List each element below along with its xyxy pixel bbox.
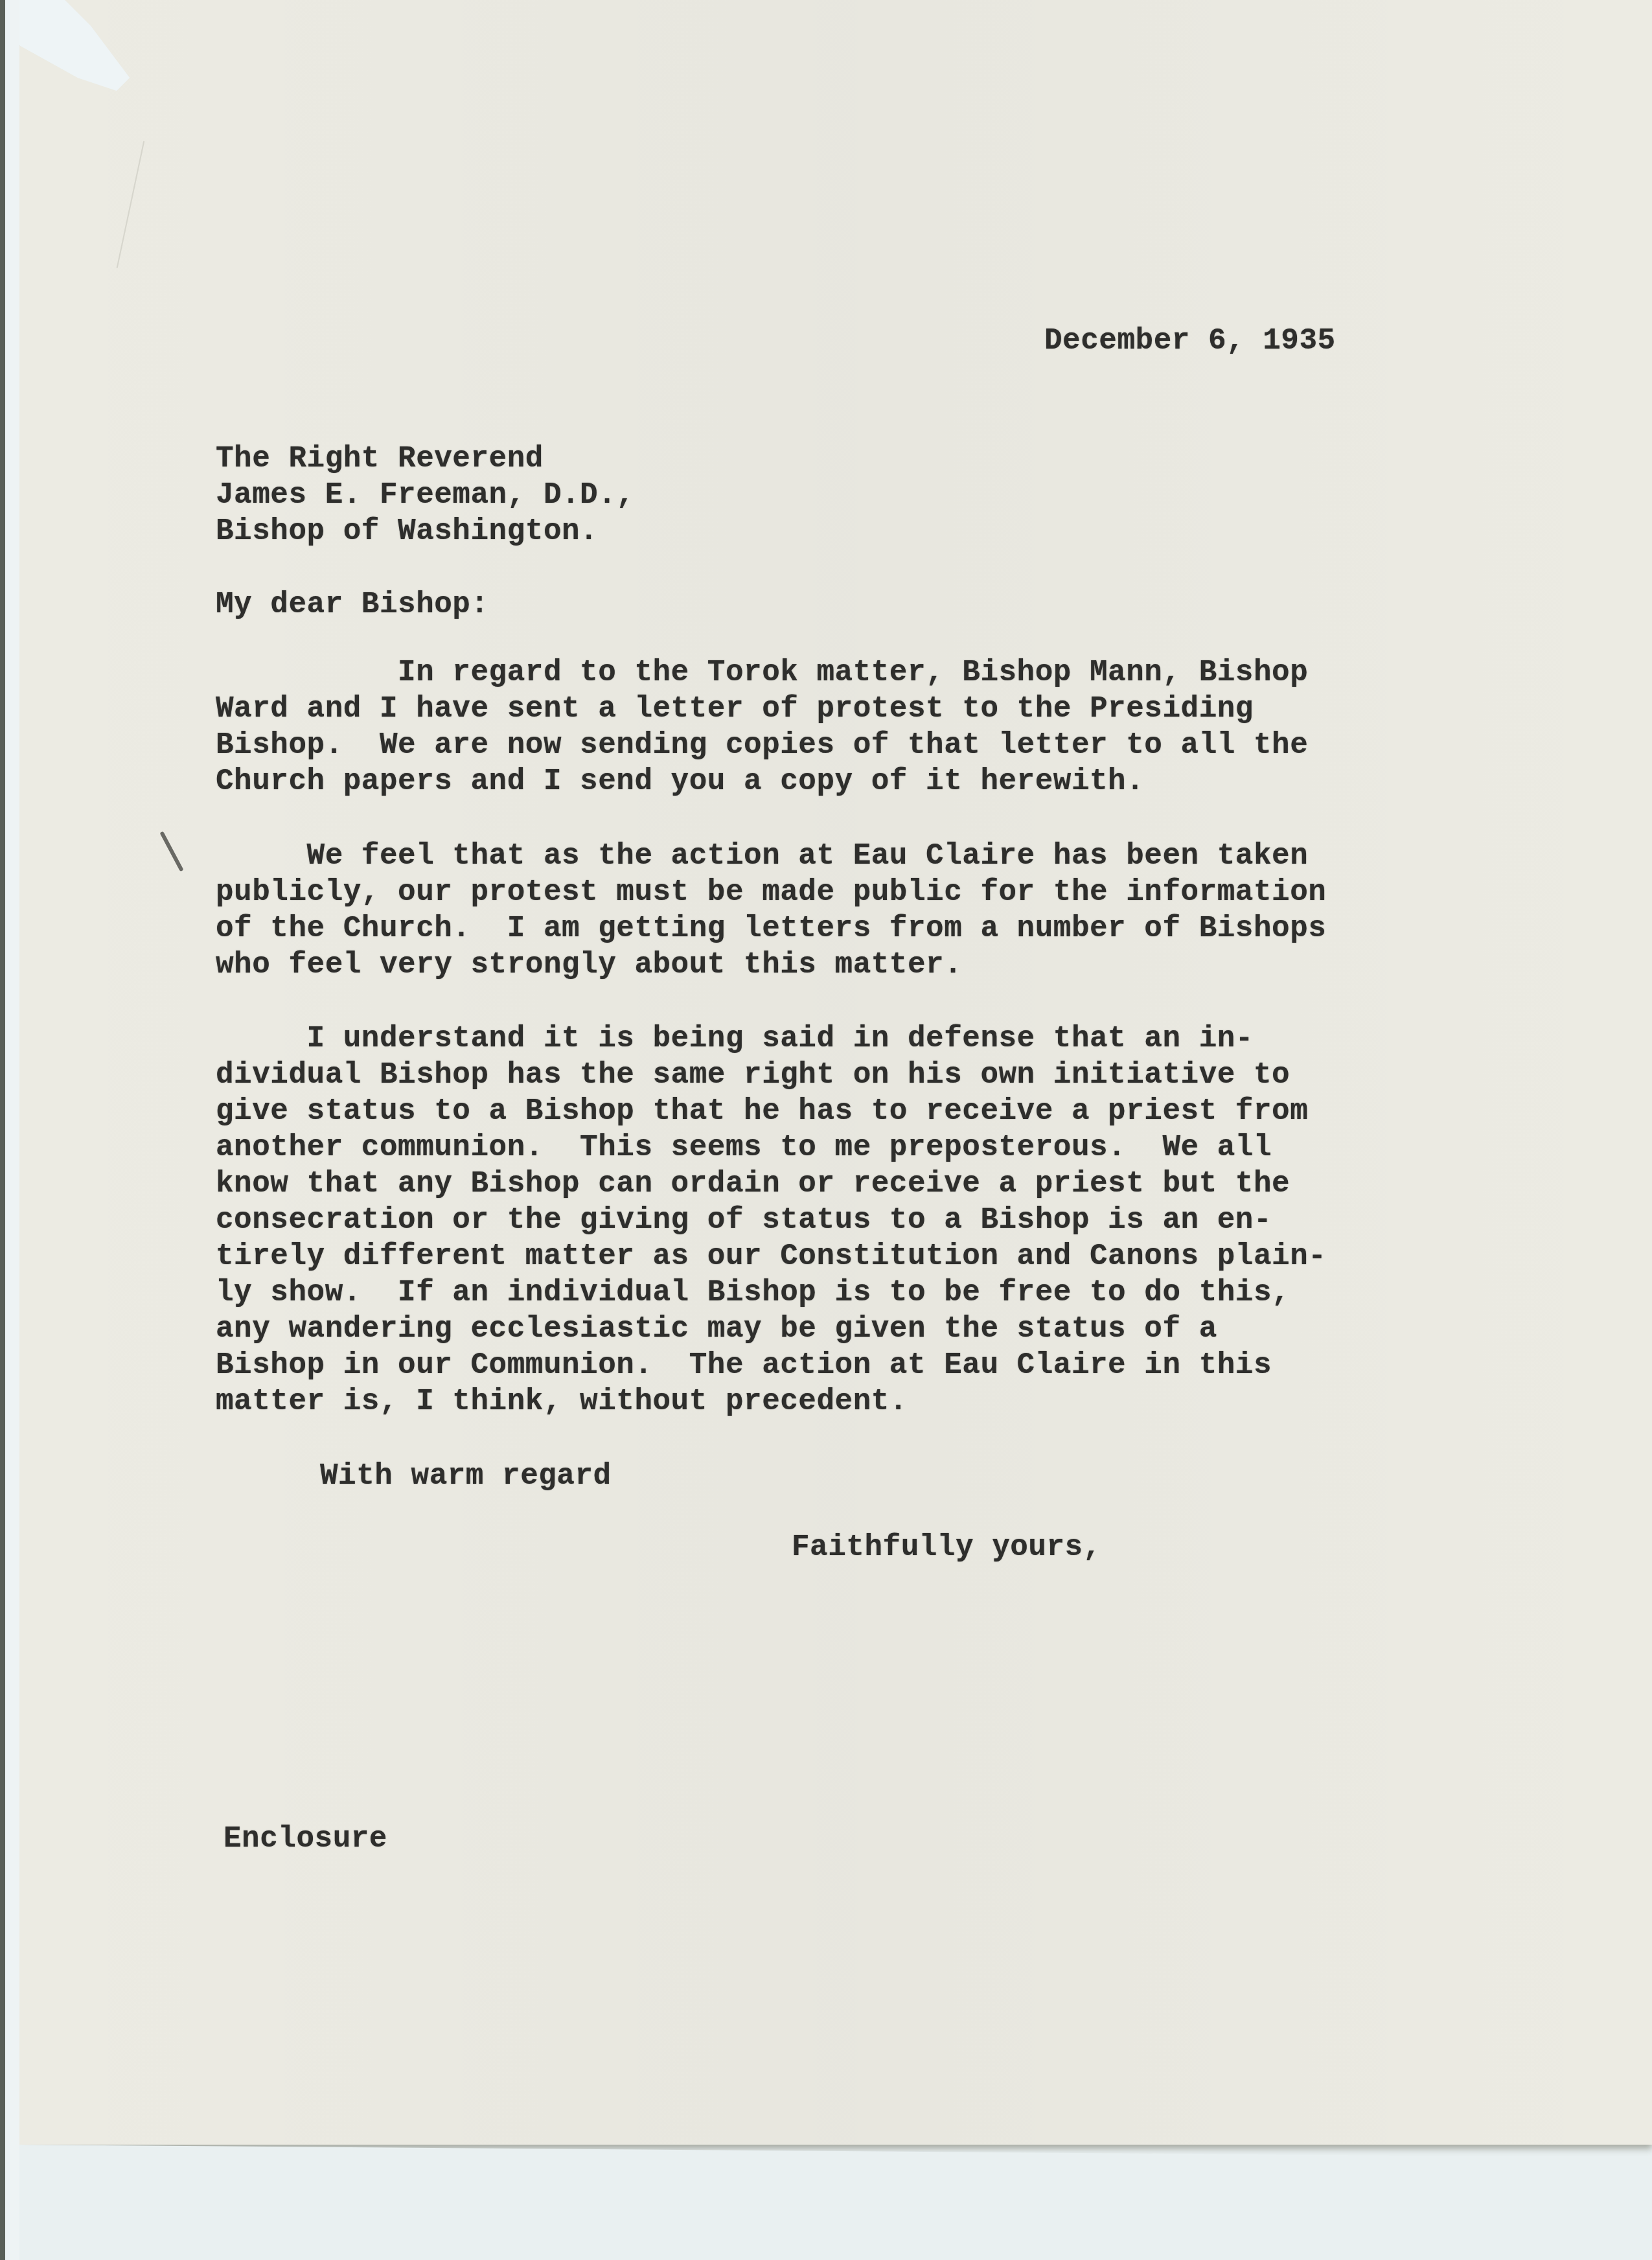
paragraph-line: another communion. This seems to me prep… [216,1131,1272,1164]
paragraph-line: Church papers and I send you a copy of i… [216,765,1144,798]
paragraph-line: Ward and I have sent a letter of protest… [216,692,1254,726]
body-paragraph-2: We feel that as the action at Eau Claire… [216,838,1447,983]
paragraph-line: who feel very strongly about this matter… [216,948,962,982]
paragraph-line: matter is, I think, without precedent. [216,1385,908,1418]
paragraph-line: We feel that as the action at Eau Claire… [216,839,1308,873]
addressee-line: Bishop of Washington. [216,514,598,548]
addressee-line: The Right Reverend [216,442,544,476]
paragraph-line: Bishop in our Communion. The action at E… [216,1348,1272,1382]
addressee-block: The Right Reverend James E. Freeman, D.D… [216,441,634,549]
paragraph-line: any wandering ecclesiastic may be given … [216,1312,1217,1346]
scanner-edge [0,0,5,2260]
body-paragraph-3: I understand it is being said in defense… [216,1020,1447,1420]
enclosure-note: Enclosure [224,1821,387,1857]
addressee-line: James E. Freeman, D.D., [216,478,634,512]
letter-date: December 6, 1935 [1044,323,1336,359]
paragraph-line: I understand it is being said in defense… [216,1022,1254,1055]
signoff: Faithfully yours, [792,1529,1101,1565]
paragraph-line: know that any Bishop can ordain or recei… [216,1167,1290,1201]
closing-line: With warm regard [320,1458,612,1494]
paragraph-line: give status to a Bishop that he has to r… [216,1094,1308,1128]
paragraph-line: dividual Bishop has the same right on hi… [216,1058,1290,1092]
salutation: My dear Bishop: [216,586,489,623]
paragraph-line: Bishop. We are now sending copies of tha… [216,728,1308,762]
paragraph-line: consecration or the giving of status to … [216,1203,1272,1237]
paragraph-line: tirely different matter as our Constitut… [216,1240,1326,1273]
paragraph-line: of the Church. I am getting letters from… [216,912,1326,945]
scanner-strip [5,0,19,2260]
body-paragraph-1: In regard to the Torok matter, Bishop Ma… [216,654,1447,800]
paragraph-line: publicly, our protest must be made publi… [216,875,1326,909]
paragraph-line: In regard to the Torok matter, Bishop Ma… [216,656,1308,689]
paragraph-line: ly show. If an individual Bishop is to b… [216,1276,1290,1309]
